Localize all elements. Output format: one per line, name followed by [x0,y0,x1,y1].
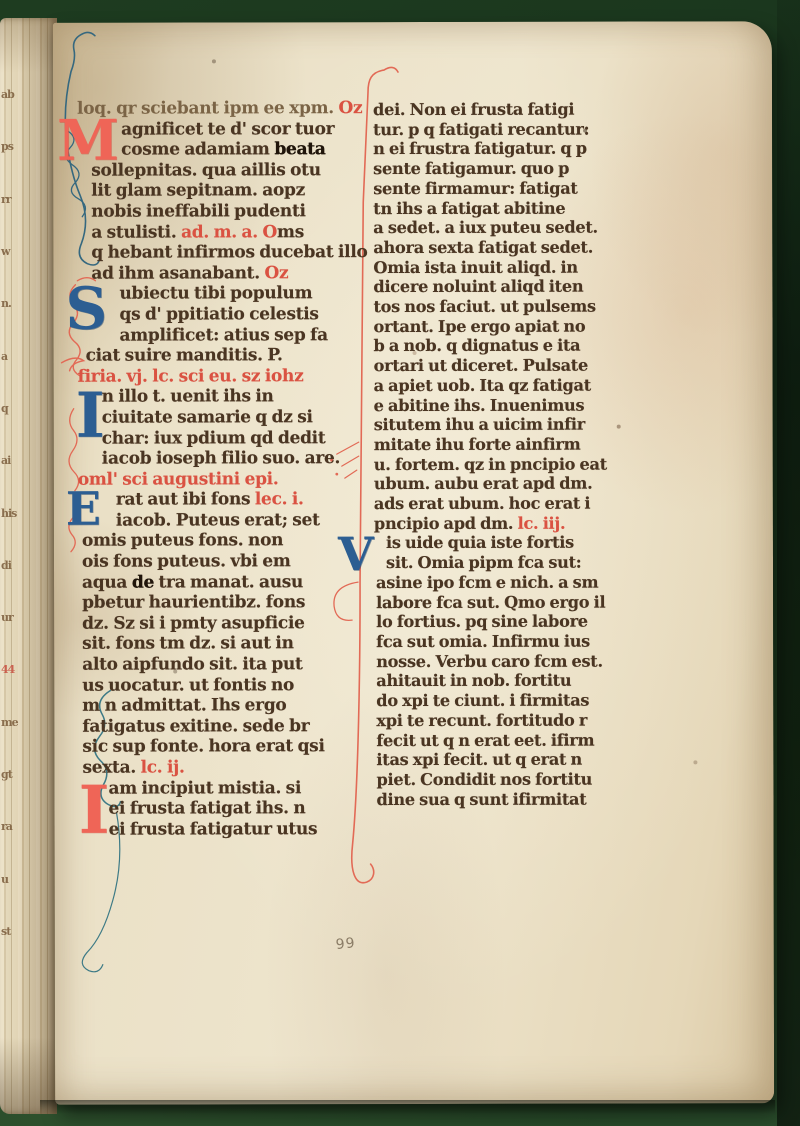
body-text: do xpi te ciunt. i firmitas [376,691,589,710]
text-line: ei frusta fatigat ihs. n [78,798,350,819]
body-text: ciat suire manditis. P. [86,345,283,365]
text-line: char: iux pdium qd dedit [78,428,350,449]
text-line: is uide quia iste fortis [374,533,666,553]
body-text: ubiectu tibi populum [119,284,312,304]
body-text: agnificet te d' scor tuor [121,119,334,139]
body-text: omis puteus fons. non [82,531,283,551]
text-line: n ei frustra fatigatur. q p [373,139,665,159]
fore-edge-fragment: n. [1,297,11,310]
text-line: ad ihm asanabant. Oz [77,263,349,284]
drop-cap-initial: S [65,280,107,338]
text-line: omis puteus fons. non [78,531,350,552]
fore-edge-fragment: ps [1,140,13,153]
body-text: rat aut ibi fons [116,490,255,510]
body-text: Omia ista inuit aliqd. in [373,257,577,276]
text-line: pbetur haurientibz. fons [78,592,350,613]
body-text: pncipio apd dm. [374,514,518,533]
text-line: u. fortem. qz in pncipio eat [374,454,666,474]
text-line: alto aipfundo sit. ita put [78,654,350,675]
text-line: pncipio apd dm. lc. iij. [374,513,666,533]
text-line: ahora sexta fatigat sedet. [373,237,665,257]
fore-edge-fragment: di [1,559,11,572]
text-line: ubiectu tibi populum [77,283,349,304]
body-text: ms [277,222,304,242]
text-column-right: dei. Non ei frusta fatigitur. p q fatiga… [373,99,666,809]
body-text: n illo t. uenit ihs in [102,387,274,407]
text-line: ciat suire manditis. P. [78,345,350,366]
fore-edge-fragment: me [1,716,18,729]
body-text: am incipiut mistia. si [108,778,301,798]
body-text: ei frusta fatigatur utus [109,819,318,839]
rubric-text: Oz [264,263,288,283]
body-text: m n admittat. Ihs ergo [82,695,286,715]
drop-cap-initial: I [78,776,109,842]
fore-edge-text-fragments: abpsrrwn.aqaihisdiur44megtraust [1,88,17,938]
text-line: ubum. aubu erat apd dm. [374,474,666,494]
body-text: alto aipfundo sit. ita put [82,654,302,674]
text-line: a apiet uob. Ita qz fatigat [374,375,666,395]
text-line: m n admittat. Ihs ergo [78,695,350,716]
body-text: iacob. Puteus erat; set [116,510,320,530]
body-text: cosme adamiam [121,139,274,159]
paragraph-with-initial: Magnificet te d' scor tuorcosme adamiam … [77,119,349,284]
text-line: ciuitate samarie q dz si [78,407,350,428]
body-text: nosse. Verbu caro fcm est. [376,651,603,670]
body-text: qs d' ppitiatio celestis [119,304,318,324]
text-line: amplificet: atius sep fa [78,325,350,346]
body-text: ortant. Ipe ergo apiat no [373,316,585,335]
text-line: fecit ut q n erat eet. ifirm [374,730,666,750]
text-line: nobis ineffabili pudenti [77,201,349,222]
body-text: asine ipo fcm e nich. a sm [376,572,598,591]
text-line: asine ipo fcm e nich. a sm [374,572,666,592]
body-text: tos nos faciut. ut pulsems [373,297,595,316]
text-line: dicere noluint aliqd iten [373,277,665,297]
body-text: dicere noluint aliqd iten [373,277,583,296]
drop-cap-initial: V [338,532,373,578]
body-text: lit glam sepitnam. aopz [91,181,305,201]
body-text: a sedet. a iux puteu sedet. [373,218,598,237]
body-text: ahora sexta fatigat sedet. [373,238,593,257]
body-text: dei. Non ei frusta fatigi [373,100,574,119]
body-text: nobis ineffabili pudenti [91,201,305,221]
text-line: iacob ioseph filio suo. are. [78,448,350,469]
text-line: a sedet. a iux puteu sedet. [373,218,665,238]
bottom-edge-shadow [40,1100,775,1114]
rubric-text: oml' sci augustini epi. [78,469,279,489]
text-line: situtem ihu a uicim infir [374,415,666,435]
body-text: is uide quia iste fortis [386,533,574,552]
paragraph: firia. vj. lc. sci eu. sz iohz [78,366,350,387]
body-text: char: iux pdium qd dedit [102,428,326,448]
body-text: fca sut omia. Infirmu ius [376,632,590,651]
text-line: n illo t. uenit ihs in [78,386,350,407]
fore-edge-fragment: a [1,350,7,363]
book-fore-edge: abpsrrwn.aqaihisdiur44megtraust [0,18,57,1114]
rubric-text: Oz [338,98,362,118]
paragraph: dei. Non ei frusta fatigitur. p q fatiga… [373,99,666,533]
fore-edge-fragment: w [1,245,9,258]
body-text: pbetur haurientibz. fons [82,592,305,612]
text-line: a stulisti. ad. m. a. Oms [77,222,349,243]
body-text: tra manat. ausu [154,572,303,592]
right-edge-shadow [777,0,800,1126]
text-line: do xpi te ciunt. i firmitas [374,691,666,711]
text-line: dz. Sz si i pmty asupficie [78,613,350,634]
folio-number: 99 [335,935,356,953]
body-text: tur. p q fatigati recantur: [373,119,589,138]
body-text: situtem ihu a uicim infir [374,415,585,434]
body-text: labore fca sut. Qmo ergo il [376,592,605,611]
text-line: ortari ut diceret. Pulsate [374,356,666,376]
body-text: ois fons puteus. vbi em [82,551,291,571]
manuscript-photograph: abpsrrwn.aqaihisdiur44megtraust loq. qr … [0,0,800,1126]
fore-edge-fragment: st [1,925,10,938]
text-line: rat aut ibi fons lec. i. [78,489,350,510]
body-text: ad ihm asanabant. [91,263,264,283]
text-line: dine sua q sunt ifirmitat [374,789,666,809]
body-text: ubum. aubu erat apd dm. [374,474,593,493]
text-line: itas xpi fecit. ut q erat n [374,750,666,770]
body-text: us uocatur. ut fontis no [82,675,294,695]
paragraph-with-initial: Subiectu tibi populumqs d' ppitiatio cel… [77,283,349,366]
rubric-text: lec. i. [255,490,304,510]
body-text: ortari ut diceret. Pulsate [374,356,588,375]
body-text: xpi te recunt. fortitudo r [376,710,587,729]
text-line: xpi te recunt. fortitudo r [374,710,666,730]
body-text: b a nob. q dignatus e ita [374,336,581,355]
text-line: sexta. lc. ij. [78,757,350,778]
body-text: aqua [82,572,132,592]
body-text: mitate ihu forte ainfirm [374,435,581,454]
text-column-left: loq. qr sciebant ipm ee xpm. OzMagnifice… [77,98,351,840]
fore-edge-fragment: his [1,507,16,520]
fore-edge-fragment: ra [1,820,12,833]
text-line: e abitine ihs. Inuenimus [374,395,666,415]
paragraph: oml' sci augustini epi. [78,469,350,490]
text-line: dei. Non ei frusta fatigi [373,99,665,119]
body-text: iacob ioseph filio suo. are. [102,448,340,468]
body-text: de [132,572,154,592]
text-line: us uocatur. ut fontis no [78,675,350,696]
body-text: e abitine ihs. Inuenimus [374,395,585,414]
text-line: firia. vj. lc. sci eu. sz iohz [78,366,350,387]
text-line: mitate ihu forte ainfirm [374,434,666,454]
fore-edge-fragment: ab [1,88,14,101]
fore-edge-fragment: gt [1,768,12,781]
body-text: fecit ut q n erat eet. ifirm [376,730,594,749]
body-text: q hebant infirmos ducebat illo [91,242,367,263]
text-line: sit. Omia pipm fca sut: [374,553,666,573]
text-line: q hebant infirmos ducebat illo [77,242,349,263]
text-line: qs d' ppitiatio celestis [77,304,349,325]
text-line: ortant. Ipe ergo apiat no [373,316,665,336]
paragraph-with-initial: Iam incipiut mistia. siei frusta fatigat… [78,778,350,840]
text-line: oml' sci augustini epi. [78,469,350,490]
text-line: ois fons puteus. vbi em [78,551,350,572]
body-text: a stulisti. [91,222,181,242]
body-text: sente firmamur: fatigat [373,178,577,197]
body-text: amplificet: atius sep fa [120,325,328,345]
drop-cap-initial: M [57,112,119,168]
text-line: ahitauit in nob. fortitu [374,671,666,691]
text-line: Omia ista inuit aliqd. in [373,257,665,277]
body-text: sit. Omia pipm fca sut: [386,553,581,572]
drop-cap-initial: E [66,486,101,532]
body-text: u. fortem. qz in pncipio eat [374,454,607,473]
text-line: sente fatigamur. quo p [373,159,665,179]
text-line: sic sup fonte. hora erat qsi [78,737,350,758]
body-text: sollepnitas. qua aillis otu [91,160,321,180]
body-text: dine sua q sunt ifirmitat [376,789,586,808]
body-text: ahitauit in nob. fortitu [376,671,571,690]
text-line: labore fca sut. Qmo ergo il [374,592,666,612]
text-line: ads erat ubum. hoc erat i [374,494,666,514]
body-text: lo fortius. pq sine labore [376,612,588,631]
body-text: ads erat ubum. hoc erat i [374,494,590,513]
body-text: beata [274,139,325,159]
text-line: b a nob. q dignatus e ita [374,336,666,356]
text-line: fca sut omia. Infirmu ius [374,631,666,651]
text-line: sente firmamur: fatigat [373,178,665,198]
body-text: tn ihs a fatigat abitine [373,198,565,217]
text-line: lit glam sepitnam. aopz [77,181,349,202]
text-line: piet. Condidit nos fortitu [374,769,666,789]
drop-cap-initial: I [76,385,105,447]
text-line: nosse. Verbu caro fcm est. [374,651,666,671]
text-line: iacob. Puteus erat; set [78,510,350,531]
body-text: ei frusta fatigat ihs. n [108,798,305,818]
body-text: itas xpi fecit. ut q erat n [376,750,582,769]
fore-edge-fragment: ai [1,454,10,467]
body-text: a apiet uob. Ita qz fatigat [374,375,591,394]
text-line: sit. fons tm dz. si aut in [78,634,350,655]
ink-specks [53,23,55,25]
parchment-page: loq. qr sciebant ipm ee xpm. OzMagnifice… [53,21,774,1105]
paragraph-with-initial: Vis uide quia iste fortissit. Omia pipm … [374,533,667,809]
paragraph-with-initial: Erat aut ibi fons lec. i.iacob. Puteus e… [78,489,351,778]
fore-edge-fragment: ur [1,611,13,624]
body-text: n ei frustra fatigatur. q p [373,139,587,158]
fore-edge-fragment: q [1,402,8,415]
text-line: tn ihs a fatigat abitine [373,198,665,218]
text-line: lo fortius. pq sine labore [374,612,666,632]
rubric-text: lc. iij. [518,513,566,532]
paragraph-with-initial: In illo t. uenit ihs inciuitate samarie … [78,386,350,469]
fore-edge-fragment: u [1,873,8,886]
text-line: aqua de tra manat. ausu [78,572,350,593]
body-text: piet. Condidit nos fortitu [376,770,592,789]
rubric-text: lc. ij. [141,757,185,777]
fore-edge-fragment: 44 [1,663,14,676]
body-text: sente fatigamur. quo p [373,159,569,178]
rubric-text: ad. m. a. O [181,222,277,242]
body-text: sit. fons tm dz. si aut in [82,634,294,654]
text-line: tur. p q fatigati recantur: [373,119,665,139]
text-line: tos nos faciut. ut pulsems [373,297,665,317]
text-line: am incipiut mistia. si [78,778,350,799]
body-text: ciuitate samarie q dz si [102,407,313,427]
body-text: sic sup fonte. hora erat qsi [82,737,324,758]
fore-edge-fragment: rr [1,193,11,206]
rubric-text: firia. vj. lc. sci eu. sz iohz [78,366,304,386]
body-text: fatigatus exitine. sede br [82,716,309,736]
text-line: fatigatus exitine. sede br [78,716,350,737]
body-text: dz. Sz si i pmty asupficie [82,613,305,633]
text-line: ei frusta fatigatur utus [79,819,351,840]
